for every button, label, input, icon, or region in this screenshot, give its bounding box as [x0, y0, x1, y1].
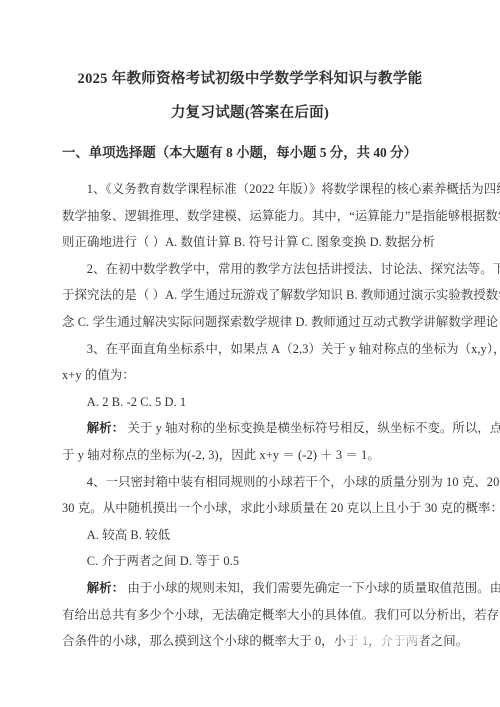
document-line: 则正确地进行（ ）A. 数值计算 B. 符号计算 C. 图象变换 D. 数据分析: [62, 229, 444, 256]
exam-document-page: 2025 年教师资格考试初级中学数学学科知识与教学能 力复习试题(答案在后面) …: [0, 0, 500, 707]
document-title: 2025 年教师资格考试初级中学数学学科知识与教学能 力复习试题(答案在后面): [0, 0, 500, 130]
document-line: 4、一只密封箱中装有相同规则的小球若干个，小球的质量分别为 10 克、20 克、: [62, 469, 444, 496]
document-line: A. 较高 B. 较低: [62, 522, 444, 549]
document-line: 于 y 轴对称点的坐标为(-2, 3)，因此 x+y ＝ (-2) ＋ 3 ＝ …: [62, 442, 444, 469]
analysis-label: 解析：: [87, 581, 124, 595]
document-line: 于探究法的是（ ）A. 学生通过玩游戏了解数学知识 B. 教师通过演示实验教授数…: [62, 282, 444, 309]
document-line: 合条件的小球，那么摸到这个小球的概率大于 0，小于 1，介于两者之间。: [62, 628, 444, 655]
document-line: C. 介于两者之间 D. 等于 0.5: [62, 548, 444, 575]
document-line: 数学抽象、逻辑推理、数学建模、运算能力。其中，“运算能力”是指能够根据数学规: [62, 203, 444, 230]
document-line: 解析： 关于 y 轴对称的坐标变换是横坐标符号相反，纵坐标不变。所以，点 A 关: [62, 415, 444, 442]
document-line: 3、在平面直角坐标系中，如果点 A（2,3）关于 y 轴对称点的坐标为（x,y）…: [62, 336, 444, 363]
document-title-line-2: 力复习试题(答案在后面): [0, 96, 500, 130]
document-line: 2、在初中数学教学中，常用的教学方法包括讲授法、讨论法、探究法等。下列属: [62, 256, 444, 283]
document-title-line-1: 2025 年教师资格考试初级中学数学学科知识与教学能: [0, 62, 500, 96]
document-line: 1、《义务教育数学课程标准（2022 年版）》将数学课程的核心素养概括为四维：: [62, 176, 444, 203]
analysis-label: 解析：: [87, 421, 124, 435]
document-line: A. 2 B. -2 C. 5 D. 1: [62, 389, 444, 416]
document-line: 有给出总共有多少个小球，无法确定概率大小的具体值。我们可以分析出，若存在符: [62, 602, 444, 629]
document-line: 30 克。从中随机摸出一个小球，求此小球质量在 20 克以上且小于 30 克的概…: [62, 495, 444, 522]
document-body: 1、《义务教育数学课程标准（2022 年版）》将数学课程的核心素养概括为四维：数…: [62, 176, 444, 655]
section-heading-single-choice: 一、单项选择题（本大题有 8 小题，每小题 5 分，共 40 分）: [62, 138, 444, 168]
document-line: 解析： 由于小球的规则未知，我们需要先确定一下小球的质量取值范围。由于没: [62, 575, 444, 602]
document-line: 念 C. 学生通过解决实际问题探索数学规律 D. 教师通过互动式教学讲解数学理论: [62, 309, 444, 336]
document-line: x+y 的值为：: [62, 362, 444, 389]
